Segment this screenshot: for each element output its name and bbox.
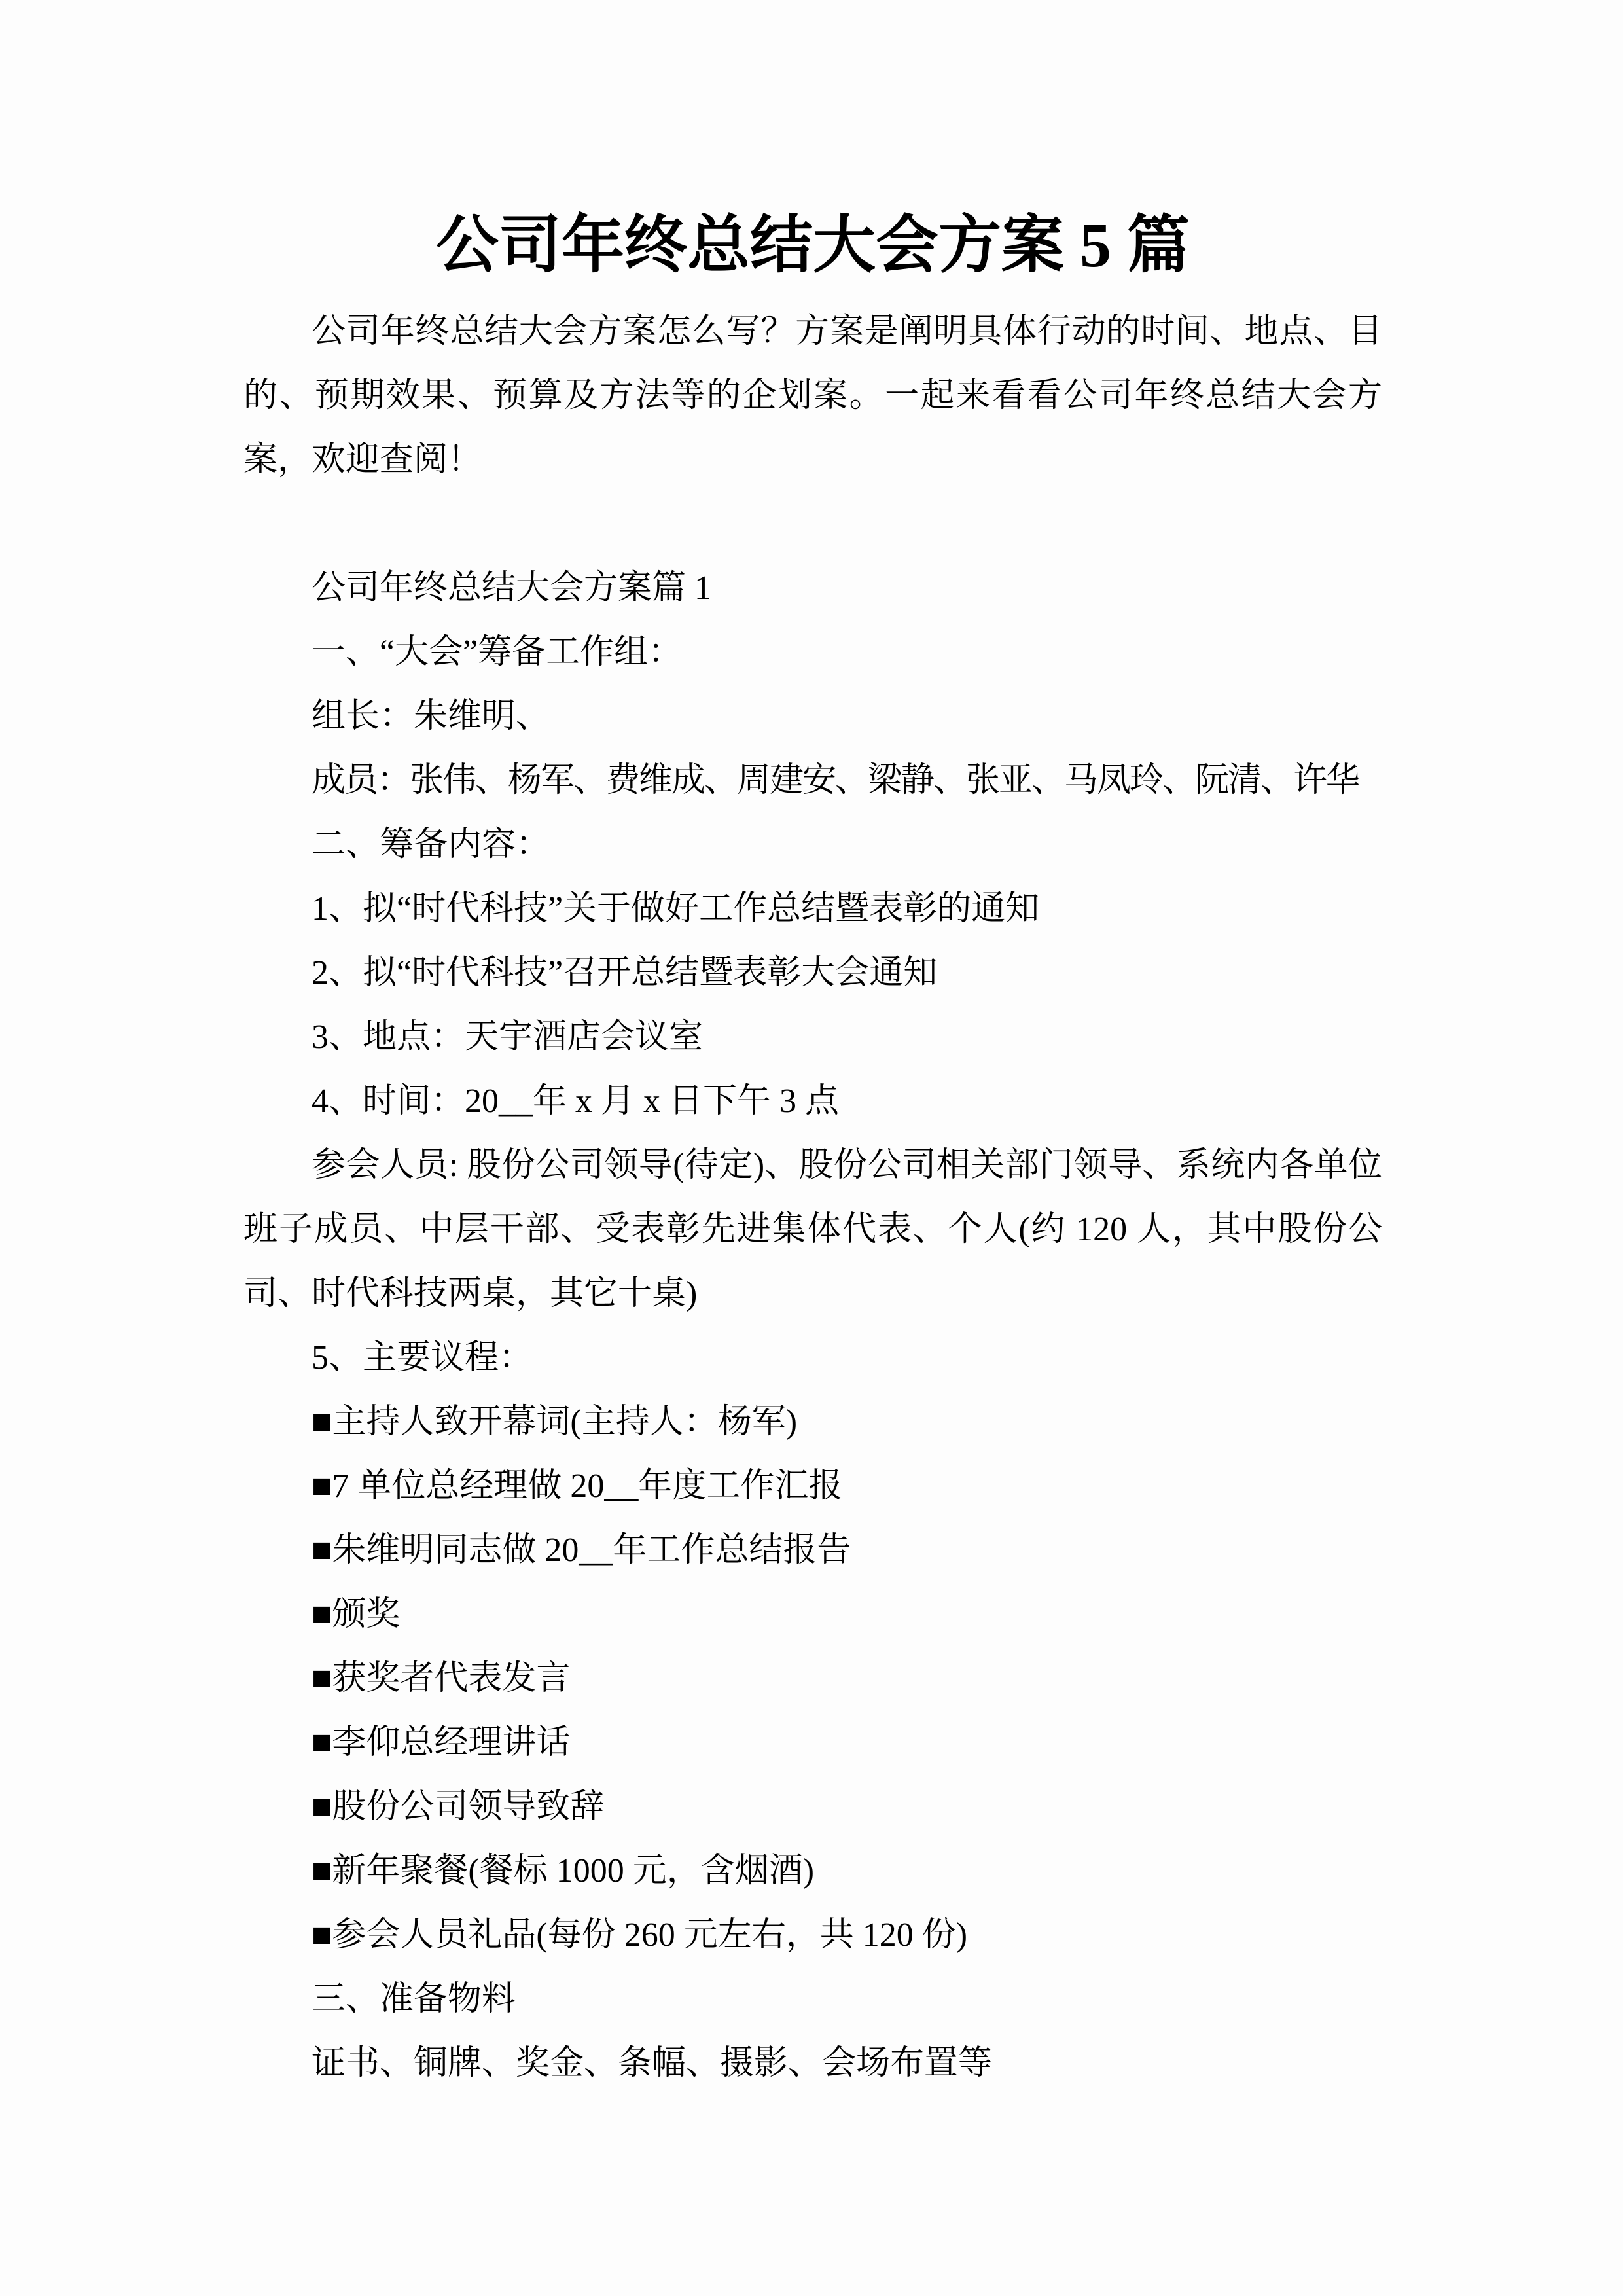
section-heading: 公司年终总结大会方案篇 1 bbox=[243, 556, 1382, 620]
paragraph: 一、“大会”筹备工作组： bbox=[243, 620, 1382, 685]
paragraph: 1、拟“时代科技”关于做好工作总结暨表彰的通知 bbox=[243, 877, 1382, 941]
agenda-bullet-item: ■获奖者代表发言 bbox=[243, 1647, 1382, 1711]
paragraph: 参会人员: 股份公司领导(待定)、股份公司相关部门领导、系统内各单位班子成员、中… bbox=[243, 1134, 1382, 1326]
agenda-bullet-item: ■朱维明同志做 20__年工作总结报告 bbox=[243, 1518, 1382, 1583]
agenda-bullet-item: ■股份公司领导致辞 bbox=[243, 1775, 1382, 1839]
document-title: 公司年终总结大会方案 5 篇 bbox=[243, 199, 1382, 292]
agenda-bullet-item: ■主持人致开幕词(主持人：杨军) bbox=[243, 1390, 1382, 1454]
agenda-bullet-item: ■7 单位总经理做 20__年度工作汇报 bbox=[243, 1454, 1382, 1518]
paragraph: 证书、铜牌、奖金、条幅、摄影、会场布置等 bbox=[243, 2032, 1382, 2096]
paragraph: 4、时间：20__年 x 月 x 日下午 3 点 bbox=[243, 1069, 1382, 1134]
agenda-bullet-item: ■新年聚餐(餐标 1000 元，含烟酒) bbox=[243, 1839, 1382, 1903]
paragraph: 组长：朱维明、 bbox=[243, 685, 1382, 749]
paragraph: 2、拟“时代科技”召开总结暨表彰大会通知 bbox=[243, 941, 1382, 1005]
agenda-bullet-item: ■参会人员礼品(每份 260 元左右，共 120 份) bbox=[243, 1903, 1382, 1967]
document-page: 公司年终总结大会方案 5 篇 公司年终总结大会方案怎么写？方案是阐明具体行动的时… bbox=[0, 0, 1623, 2296]
paragraph: 三、准备物料 bbox=[243, 1967, 1382, 2032]
agenda-bullet-item: ■颁奖 bbox=[243, 1583, 1382, 1647]
paragraph: 二、筹备内容： bbox=[243, 813, 1382, 877]
agenda-bullet-item: ■李仰总经理讲话 bbox=[243, 1711, 1382, 1775]
paragraph: 5、主要议程： bbox=[243, 1326, 1382, 1390]
paragraph: 3、地点：天宇酒店会议室 bbox=[243, 1005, 1382, 1069]
document-body: 公司年终总结大会方案怎么写？方案是阐明具体行动的时间、地点、目的、预期效果、预算… bbox=[243, 300, 1382, 2096]
paragraph: 成员：张伟、杨军、费维成、周建安、梁静、张亚、马凤玲、阮清、许华 bbox=[243, 749, 1382, 813]
paragraph: 公司年终总结大会方案怎么写？方案是阐明具体行动的时间、地点、目的、预期效果、预算… bbox=[243, 300, 1382, 492]
